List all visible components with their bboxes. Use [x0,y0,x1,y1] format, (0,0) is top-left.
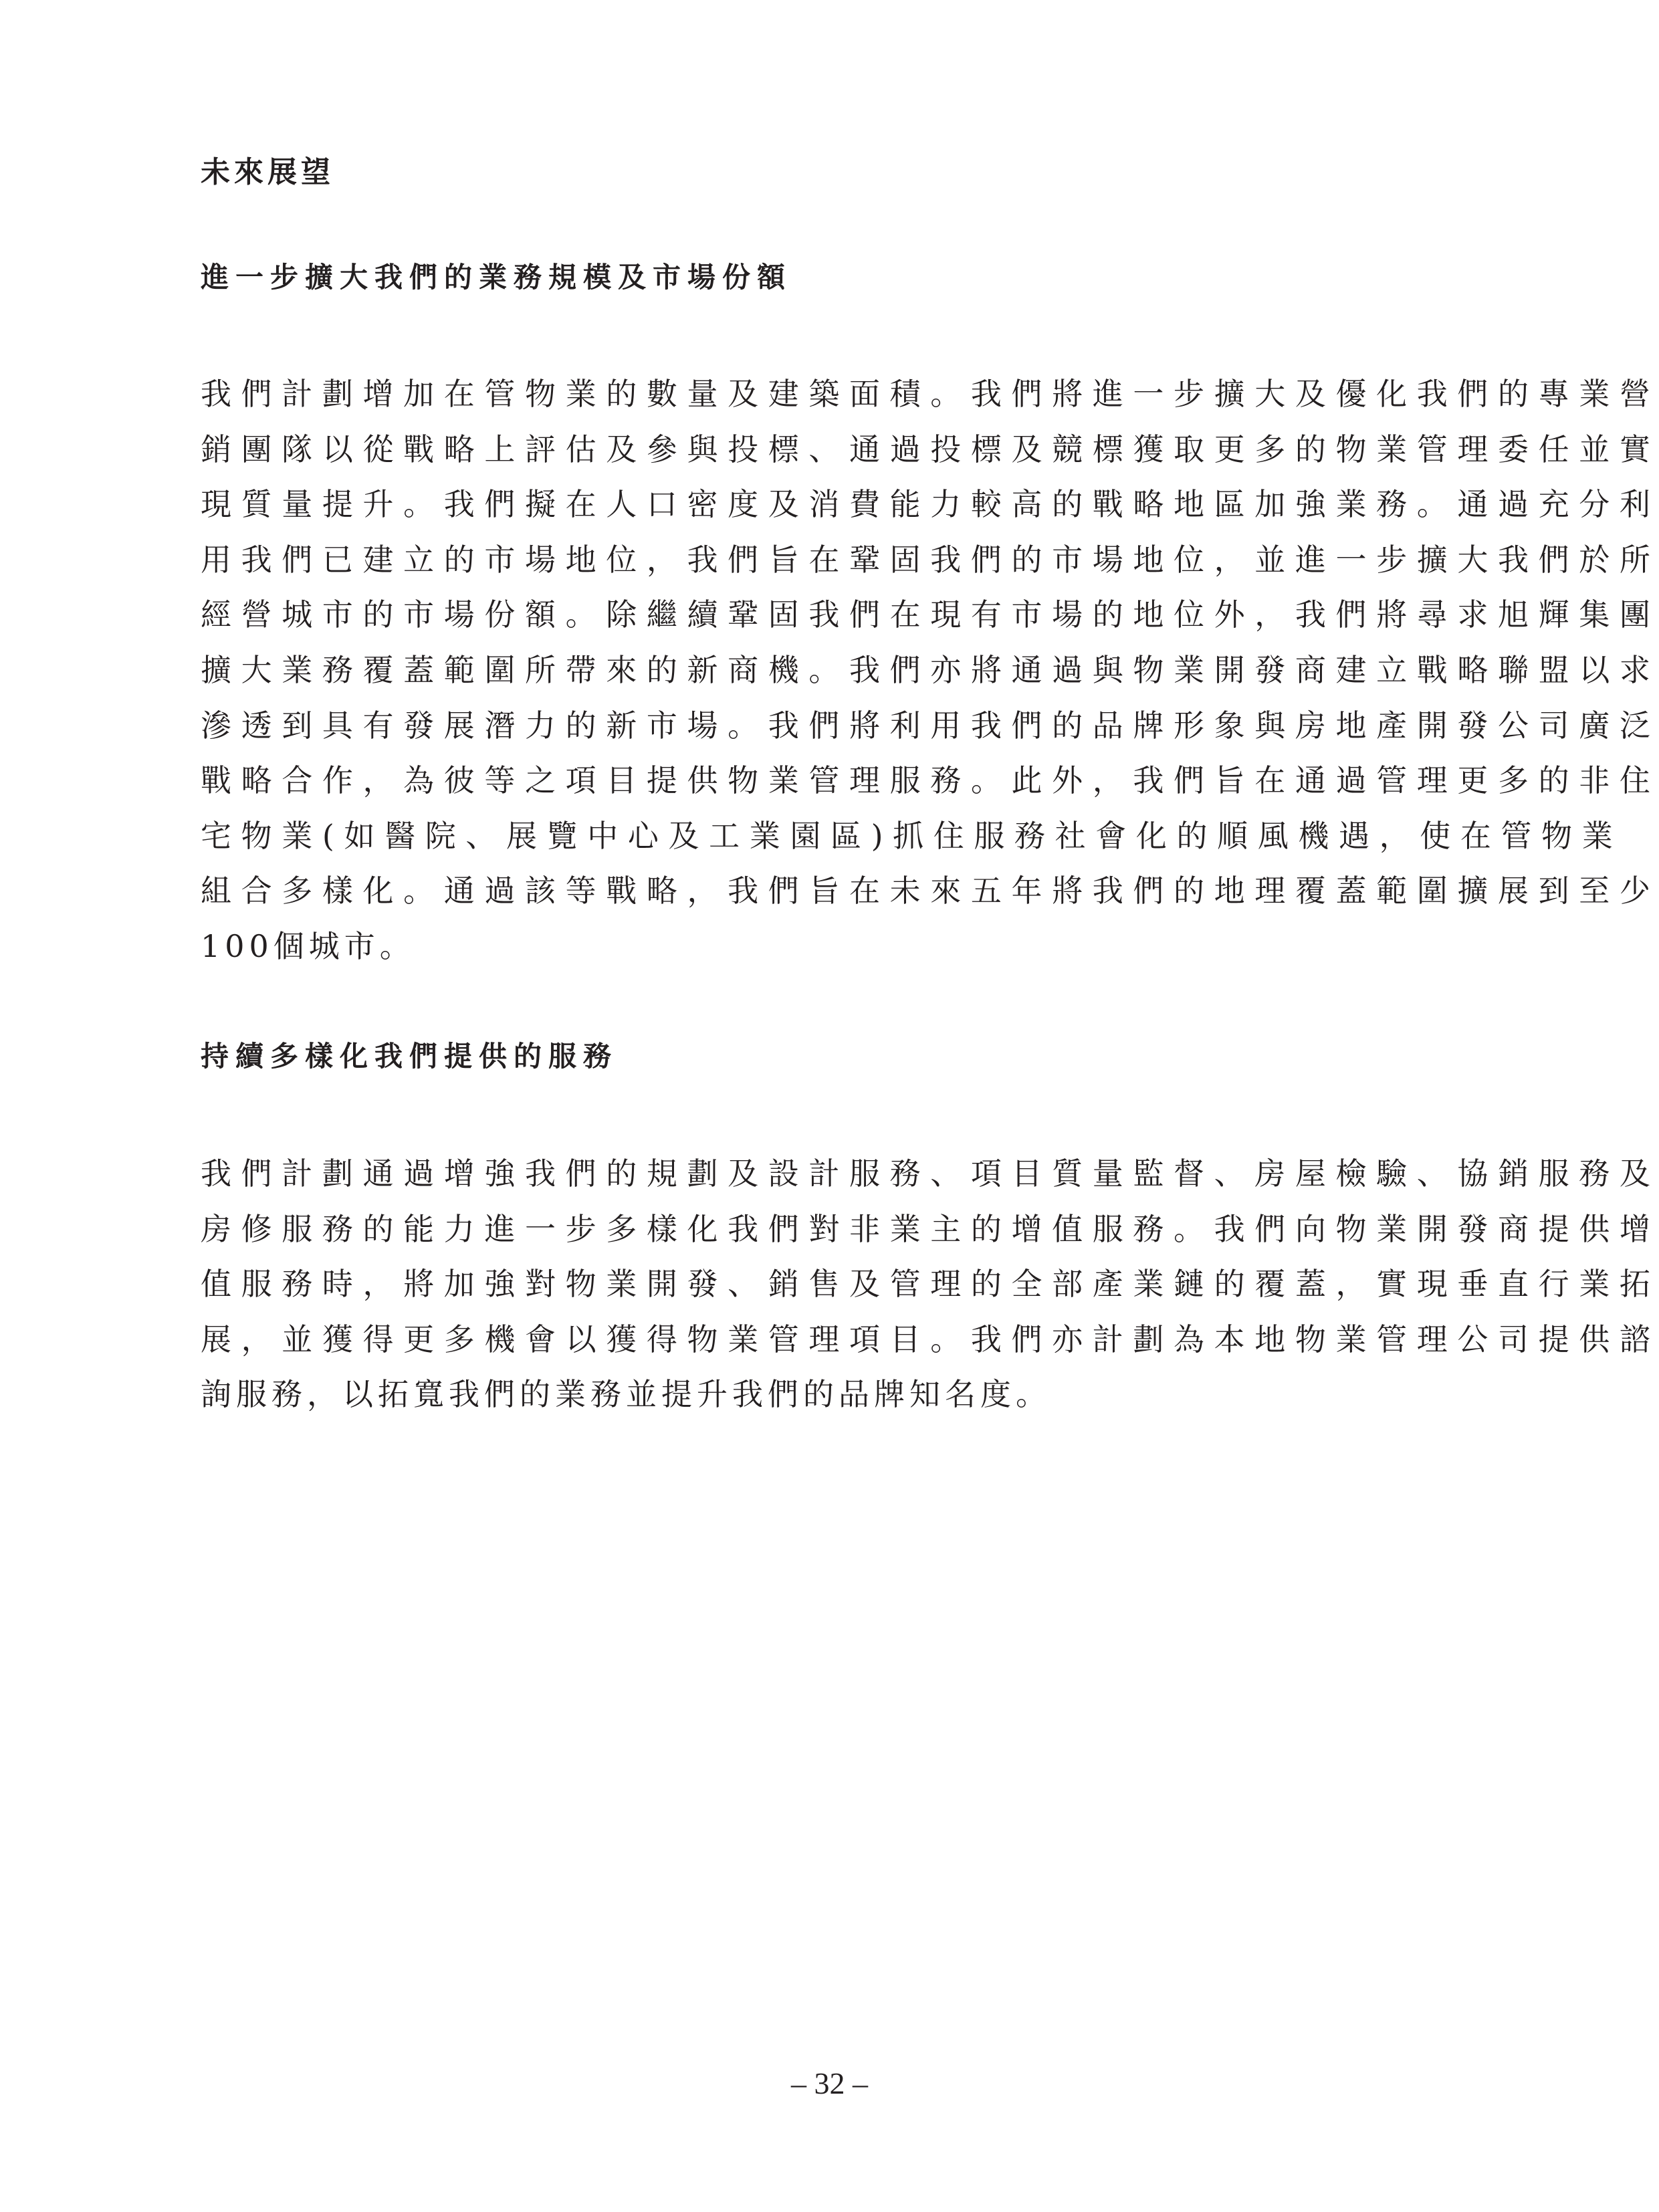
page-number: – 32 – [0,2065,1659,2102]
paragraph-line: 100個城市。 [201,919,1479,974]
paragraph-line: 房 修 服 務 的 能 力 進 一 步 多 樣 化 我 們 對 非 業 主 的 … [201,1202,1479,1257]
paragraph-line: 戰 略 合 作 ， 為 彼 等 之 項 目 提 供 物 業 管 理 服 務 。 … [201,753,1479,808]
paragraph-line: 滲 透 到 具 有 發 展 潛 力 的 新 市 場 。 我 們 將 利 用 我 … [201,698,1479,754]
paragraph-line: 銷 團 隊 以 從 戰 略 上 評 估 及 參 與 投 標 、 通 過 投 標 … [201,422,1479,477]
paragraph-expand-business: 我 們 計 劃 增 加 在 管 物 業 的 數 量 及 建 築 面 積 。 我 … [201,366,1479,974]
paragraph-line: 用 我 們 已 建 立 的 市 場 地 位 ， 我 們 旨 在 鞏 固 我 們 … [201,532,1479,588]
paragraph-line: 經 營 城 市 的 市 場 份 額 。 除 繼 續 鞏 固 我 們 在 現 有 … [201,587,1479,643]
paragraph-line: 展 ， 並 獲 得 更 多 機 會 以 獲 得 物 業 管 理 項 目 。 我 … [201,1312,1479,1367]
paragraph-line: 值 服 務 時 ， 將 加 強 對 物 業 開 發 、 銷 售 及 管 理 的 … [201,1256,1479,1312]
page-title: 未來展望 [201,152,334,193]
section-heading-expand-business: 進一步擴大我們的業務規模及市場份額 [201,257,792,298]
paragraph-line: 組 合 多 樣 化 。 通 過 該 等 戰 略 ， 我 們 旨 在 未 來 五 … [201,863,1479,919]
paragraph-line: 宅 物 業 ( 如 醫 院 、 展 覽 中 心 及 工 業 園 區 ) 抓 住 … [201,808,1479,864]
paragraph-line: 現 質 量 提 升 。 我 們 擬 在 人 口 密 度 及 消 費 能 力 較 … [201,477,1479,532]
paragraph-line: 詢服務，以拓寬我們的業務並提升我們的品牌知名度。 [201,1367,1479,1422]
paragraph-line: 我 們 計 劃 通 過 增 強 我 們 的 規 劃 及 設 計 服 務 、 項 … [201,1146,1479,1202]
paragraph-diversify-services: 我 們 計 劃 通 過 增 強 我 們 的 規 劃 及 設 計 服 務 、 項 … [201,1146,1479,1422]
paragraph-line: 我 們 計 劃 增 加 在 管 物 業 的 數 量 及 建 築 面 積 。 我 … [201,366,1479,422]
paragraph-line: 擴 大 業 務 覆 蓋 範 圍 所 帶 來 的 新 商 機 。 我 們 亦 將 … [201,643,1479,698]
document-page: 未來展望 進一步擴大我們的業務規模及市場份額 我 們 計 劃 增 加 在 管 物… [0,0,1659,2212]
section-heading-diversify-services: 持續多樣化我們提供的服務 [201,1036,618,1077]
